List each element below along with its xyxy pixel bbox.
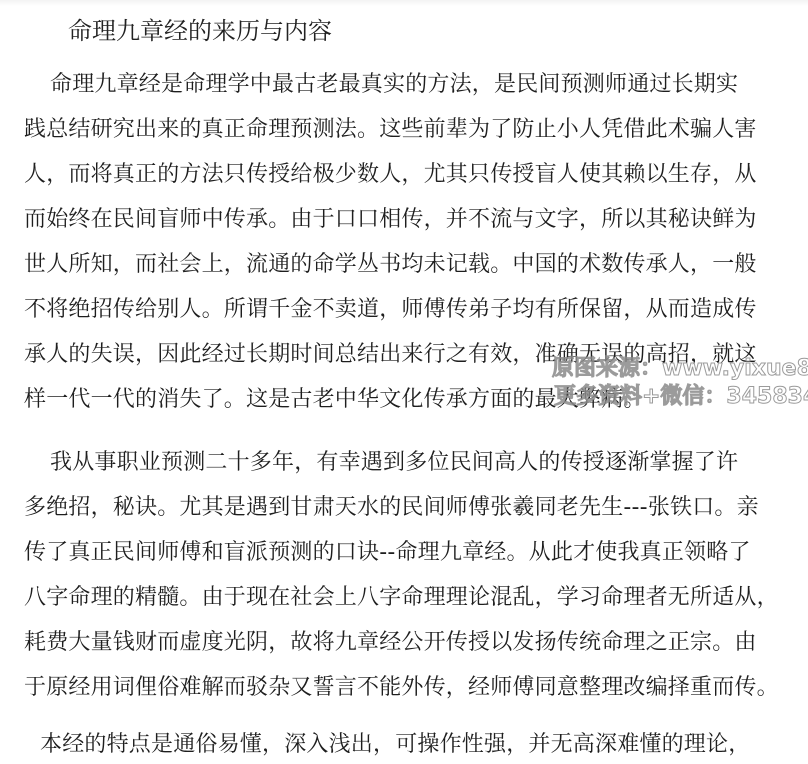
paragraph-1-line-5: 世人所知，而社会上，流通的命学丛书均未记载。中国的术数传承人，一般 — [24, 250, 757, 280]
watermark-source: 原图来源：www.yixue88.cn — [552, 356, 808, 382]
paragraph-2-line-6: 于原经用词俚俗难解而驳杂又誓言不能外传，经师傅同意整理改编择重而传。 — [24, 673, 779, 703]
paragraph-1-line-4: 而始终在民间盲师中传承。由于口口相传，并不流与文字，所以其秘诀鲜为 — [24, 205, 757, 235]
watermark-contact: 更多资料+微信：3458344044 — [554, 384, 808, 410]
paragraph-1-line-3: 人，而将真正的方法只传授给极少数人，尤其只传授盲人使其赖以生存，从 — [24, 160, 757, 190]
paragraph-2-line-4: 八字命理的精髓。由于现在社会上八字命理理论混乱，学习命理者无所适从， — [24, 583, 779, 613]
top-edge-shadow — [0, 0, 808, 6]
paragraph-3-line-1: 本经的特点是通俗易懂，深入浅出，可操作性强，并无高深难懂的理论， — [40, 730, 750, 760]
paragraph-1-line-8: 样一代一代的消失了。这是古老中华文化传承方面的最大弊病。 — [24, 385, 646, 415]
paragraph-2-line-2: 多绝招，秘诀。尤其是遇到甘肃天水的民间师傅张羲同老先生---张铁口。亲 — [24, 493, 759, 523]
paragraph-2-line-5: 耗费大量钱财而虚度光阴，故将九章经公开传授以发扬传统命理之正宗。由 — [24, 628, 757, 658]
document-title: 命理九章经的来历与内容 — [68, 14, 332, 48]
paragraph-1-line-6: 不将绝招传给别人。所谓千金不卖道，师傅传弟子均有所保留，从而造成传 — [24, 295, 757, 325]
paragraph-1-line-2: 践总结研究出来的真正命理预测法。这些前辈为了防止小人凭借此术骗人害 — [24, 115, 757, 145]
paragraph-1-line-1: 命理九章经是命理学中最古老最真实的方法，是民间预测师通过长期实 — [50, 70, 738, 100]
paragraph-2-line-3: 传了真正民间师傅和盲派预测的口诀--命理九章经。从此才使我真正领略了 — [24, 538, 751, 568]
paragraph-2-line-1: 我从事职业预测二十多年，有幸遇到多位民间高人的传授逐渐掌握了许 — [50, 448, 738, 478]
